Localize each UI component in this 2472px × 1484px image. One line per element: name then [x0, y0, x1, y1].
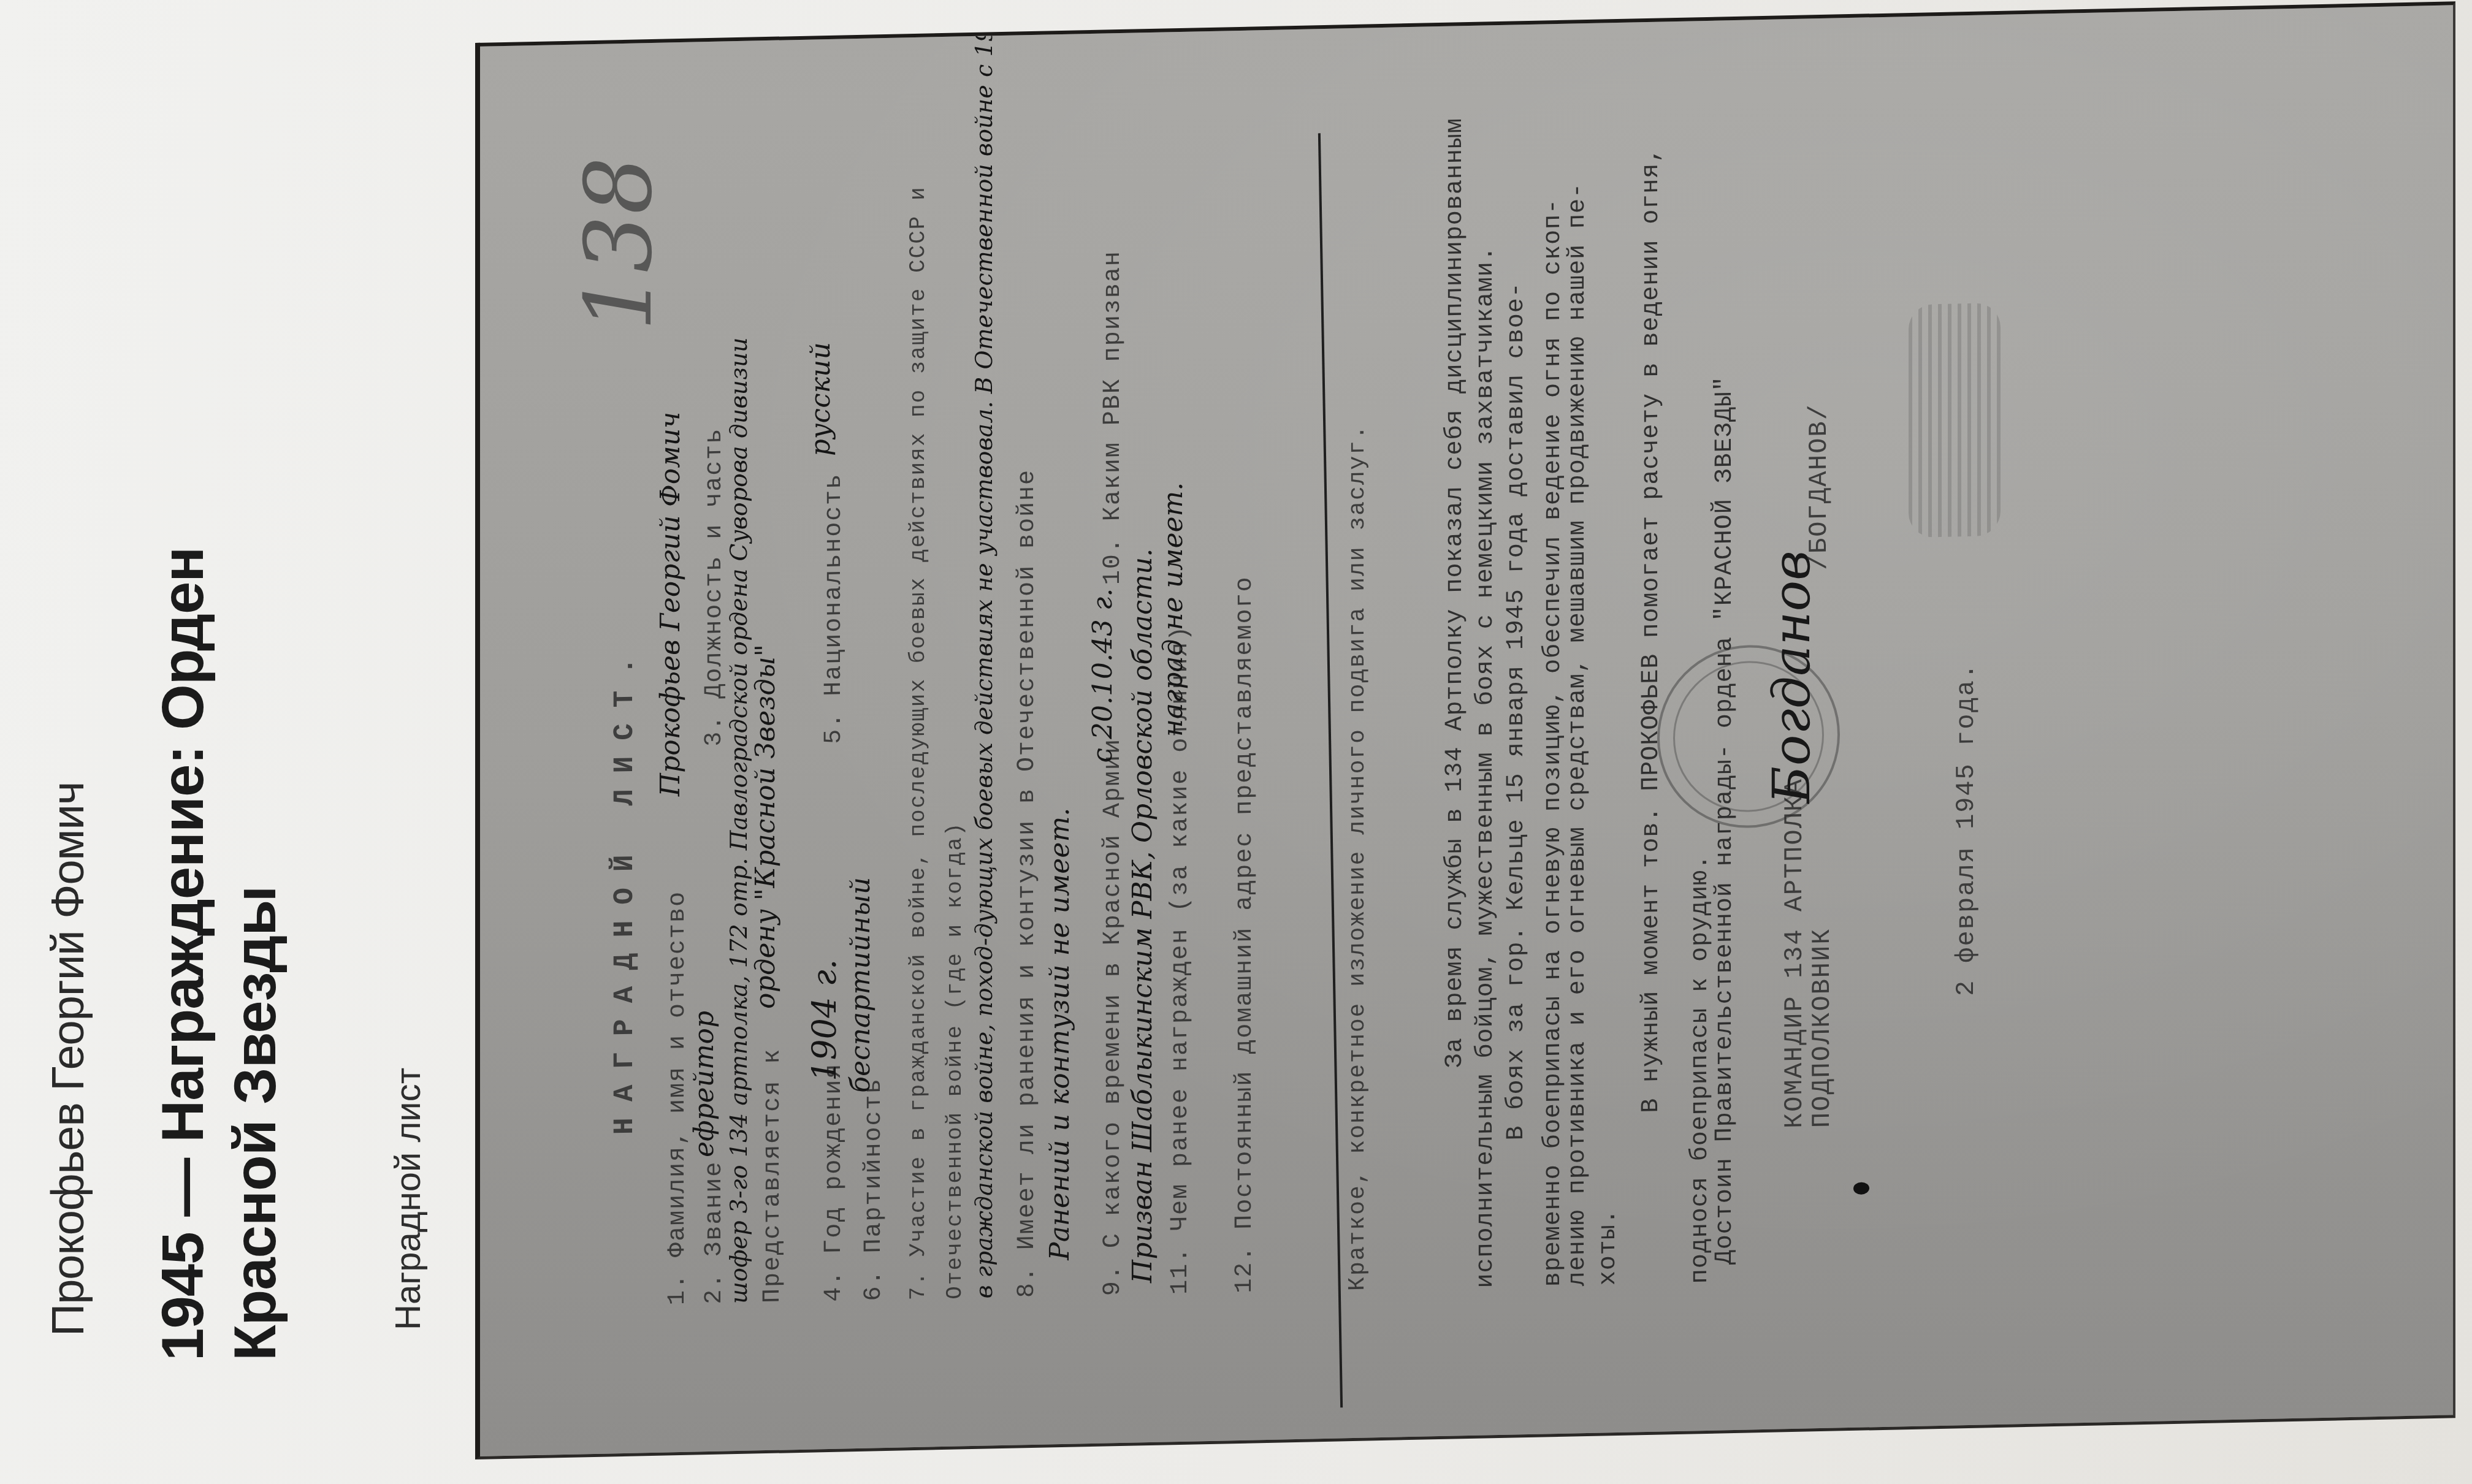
field-value-name: Прокофьев Георгий Фомич [655, 411, 686, 797]
body-line: лению противника и его огневым средствам… [1559, 182, 1597, 1287]
field-label-nationality: 5. Национальность [820, 473, 848, 744]
field-value-birth-year: 1904 г. [805, 959, 844, 1081]
field-value-nationality: русский [805, 342, 836, 457]
field-value-war-participation: в гражданской войне, поход-дующих боевых… [971, 1, 998, 1299]
body-line: хоты. [1590, 1209, 1628, 1286]
field-label-wounds: 8. Имеет ли ранения и контузии в Отечест… [1013, 468, 1041, 1298]
signer-name: /БОГДАНОВ/ [1804, 403, 1834, 571]
field-label-home-address: 12. Постоянный домашний адрес представля… [1231, 576, 1259, 1293]
field-label-war-participation: 7. Участие в гражданской войне, последую… [900, 73, 974, 1301]
section-heading: Краткое, конкретное изложение личного по… [1345, 424, 1371, 1292]
commander-title: КОМАНДИР 134 АРТПОЛКА [1780, 778, 1809, 1128]
field-value-rank: ефрейтор [689, 1010, 720, 1157]
field-label-rank: 2. Звание [701, 1160, 728, 1304]
commander-signature: Богданов [1761, 550, 1822, 804]
ink-spot [1853, 1182, 1869, 1195]
field-value-rvk: Призван Шаблыкинским РВК, Орловской обла… [1127, 548, 1158, 1284]
field-label-rvk: 10. Каким РВК призван [1099, 250, 1127, 585]
field-value-party: беспартийный [845, 877, 876, 1093]
person-name: Прокофьев Георгий Фомич [42, 782, 94, 1336]
field-label-army-since: 9. С какого времени в Красной Армии [1099, 738, 1127, 1296]
award-document-scan: 138 НАГРАДНОЙ ЛИСТ. 1. Фамилия, имя и от… [475, 1, 2455, 1459]
document-date: 2 февраля 1945 года. [1951, 662, 1981, 996]
body-line: В боях за гор. Кельце 15 января 1945 год… [1498, 282, 1536, 1141]
field-label-party: 6. Партийность [860, 1078, 888, 1301]
field-value-prior-awards: наград не имеет. [1158, 482, 1189, 737]
field-value-presented: ордену "Красной Звезды" [750, 644, 781, 1009]
section-divider [1318, 133, 1343, 1407]
body-line: В нужный момент тов. ПРОКОФЬЕВ помогает … [1633, 147, 1671, 1114]
page-title: 1945 — Награждение: Орден Красной Звезды [147, 380, 292, 1361]
field-value-wounds: Ранений и контузий не имеет. [1044, 807, 1075, 1260]
commander-rank: ПОДПОЛКОВНИК [1807, 927, 1837, 1128]
field-label-name: 1. Фамилия, имя и отчество [664, 890, 692, 1305]
document-heading: НАГРАДНОЙ ЛИСТ. [609, 641, 641, 1135]
field-label-position: 3. Должность и часть [701, 427, 728, 747]
archive-mark: 138 [566, 155, 673, 333]
field-label-presented: Представляется к [759, 1048, 787, 1303]
field-value-position: шофер 3-го 134 артполка, 172 отр. Павлог… [725, 337, 752, 1304]
field-value-army-since: с 20.10.43 г. [1087, 588, 1118, 763]
image-caption: Наградной лист [387, 1068, 429, 1330]
faded-stamp-mark [1909, 303, 2001, 538]
field-label-birth-year: 4. Год рождения [820, 1062, 848, 1302]
